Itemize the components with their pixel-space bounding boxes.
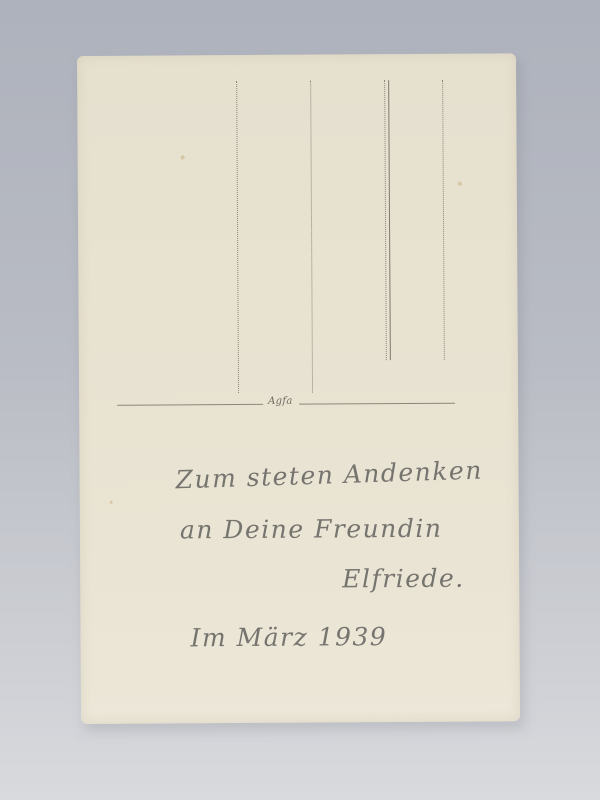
foxing-spot — [181, 155, 185, 159]
handwriting-line-2: an Deine Freundin — [180, 514, 443, 545]
stamp-box-line-4 — [442, 80, 445, 360]
handwriting-line-1: Zum steten Andenken — [175, 456, 483, 495]
stamp-box-line-3-solid — [388, 80, 391, 360]
divider-line-right — [299, 403, 455, 405]
foxing-spot — [458, 182, 462, 186]
foxing-spot — [110, 501, 113, 504]
printer-mark: Agfa — [268, 396, 293, 407]
handwriting-signature: Elfriede. — [342, 564, 465, 594]
stamp-box-line-2 — [310, 81, 313, 393]
divider-line-left — [117, 404, 263, 406]
postcard-back: Agfa Zum steten Andenken an Deine Freund… — [77, 53, 520, 724]
stamp-box-line-3 — [384, 80, 387, 360]
stamp-box-line-1 — [236, 81, 239, 393]
handwriting-date: Im März 1939 — [190, 622, 387, 652]
